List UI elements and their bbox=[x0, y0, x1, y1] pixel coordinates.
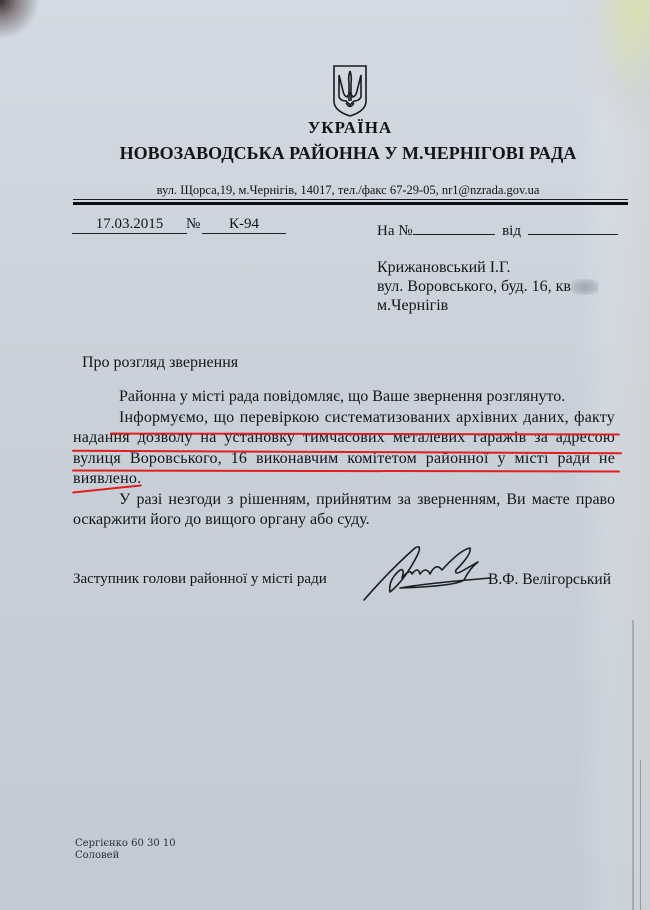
recipient-street-line: вул. Воровського, буд. 16, кв bbox=[377, 277, 599, 296]
letter-body: Районна у місті рада повідомляє, що Ваше… bbox=[73, 387, 615, 531]
body-paragraph-2: Інформуємо, що перевіркою систематизован… bbox=[73, 408, 615, 490]
recipient-city: м.Чернігів bbox=[377, 296, 599, 315]
outgoing-number: К-94 bbox=[202, 216, 286, 234]
page-edge-stain bbox=[575, 0, 650, 130]
reference-number-blank bbox=[413, 220, 495, 235]
executor-info: Сергієнко 60 30 10 Соловей bbox=[75, 838, 176, 862]
outgoing-date: 17.03.2015 bbox=[72, 216, 187, 234]
fold-mark bbox=[632, 620, 634, 910]
organization-name: НОВОЗАВОДСЬКА РАЙОННА У М.ЧЕРНІГОВІ РАДА bbox=[0, 143, 650, 164]
country-name: УКРАЇНА bbox=[0, 118, 650, 138]
recipient-street: вул. Воровського, буд. 16, кв bbox=[377, 278, 571, 295]
reference-number-label: На № bbox=[377, 223, 413, 239]
photo-corner-shadow bbox=[0, 0, 40, 40]
organization-address: вул. Щорса,19, м.Чернігів, 14017, тел./ф… bbox=[0, 183, 650, 198]
letter-page: УКРАЇНА НОВОЗАВОДСЬКА РАЙОННА У М.ЧЕРНІГ… bbox=[0, 0, 650, 910]
executor-line-1: Сергієнко 60 30 10 bbox=[75, 838, 176, 850]
letter-subject: Про розгляд звернення bbox=[82, 354, 238, 372]
trident-emblem-icon bbox=[331, 63, 369, 118]
reference-from-label: від bbox=[502, 223, 521, 239]
signatory-position: Заступник голови районної у місті ради bbox=[73, 571, 327, 588]
outgoing-number-label: № bbox=[186, 216, 200, 233]
reference-date-blank bbox=[528, 220, 618, 235]
letterhead-divider bbox=[73, 199, 628, 200]
redacted-blur bbox=[571, 279, 599, 295]
body-paragraph-1: Районна у місті рада повідомляє, що Ваше… bbox=[73, 387, 615, 408]
reference-line: На № від bbox=[377, 220, 618, 240]
fold-mark bbox=[640, 760, 641, 910]
letterhead-divider-thick bbox=[73, 202, 628, 205]
recipient-name: Крижановський І.Г. bbox=[377, 258, 599, 277]
body-paragraph-3: У разі незгоди з рішенням, прийнятим за … bbox=[73, 490, 615, 531]
recipient-block: Крижановський І.Г. вул. Воровського, буд… bbox=[377, 258, 599, 315]
executor-line-2: Соловей bbox=[75, 850, 176, 862]
signatory-name: В.Ф. Велігорський bbox=[488, 571, 611, 589]
